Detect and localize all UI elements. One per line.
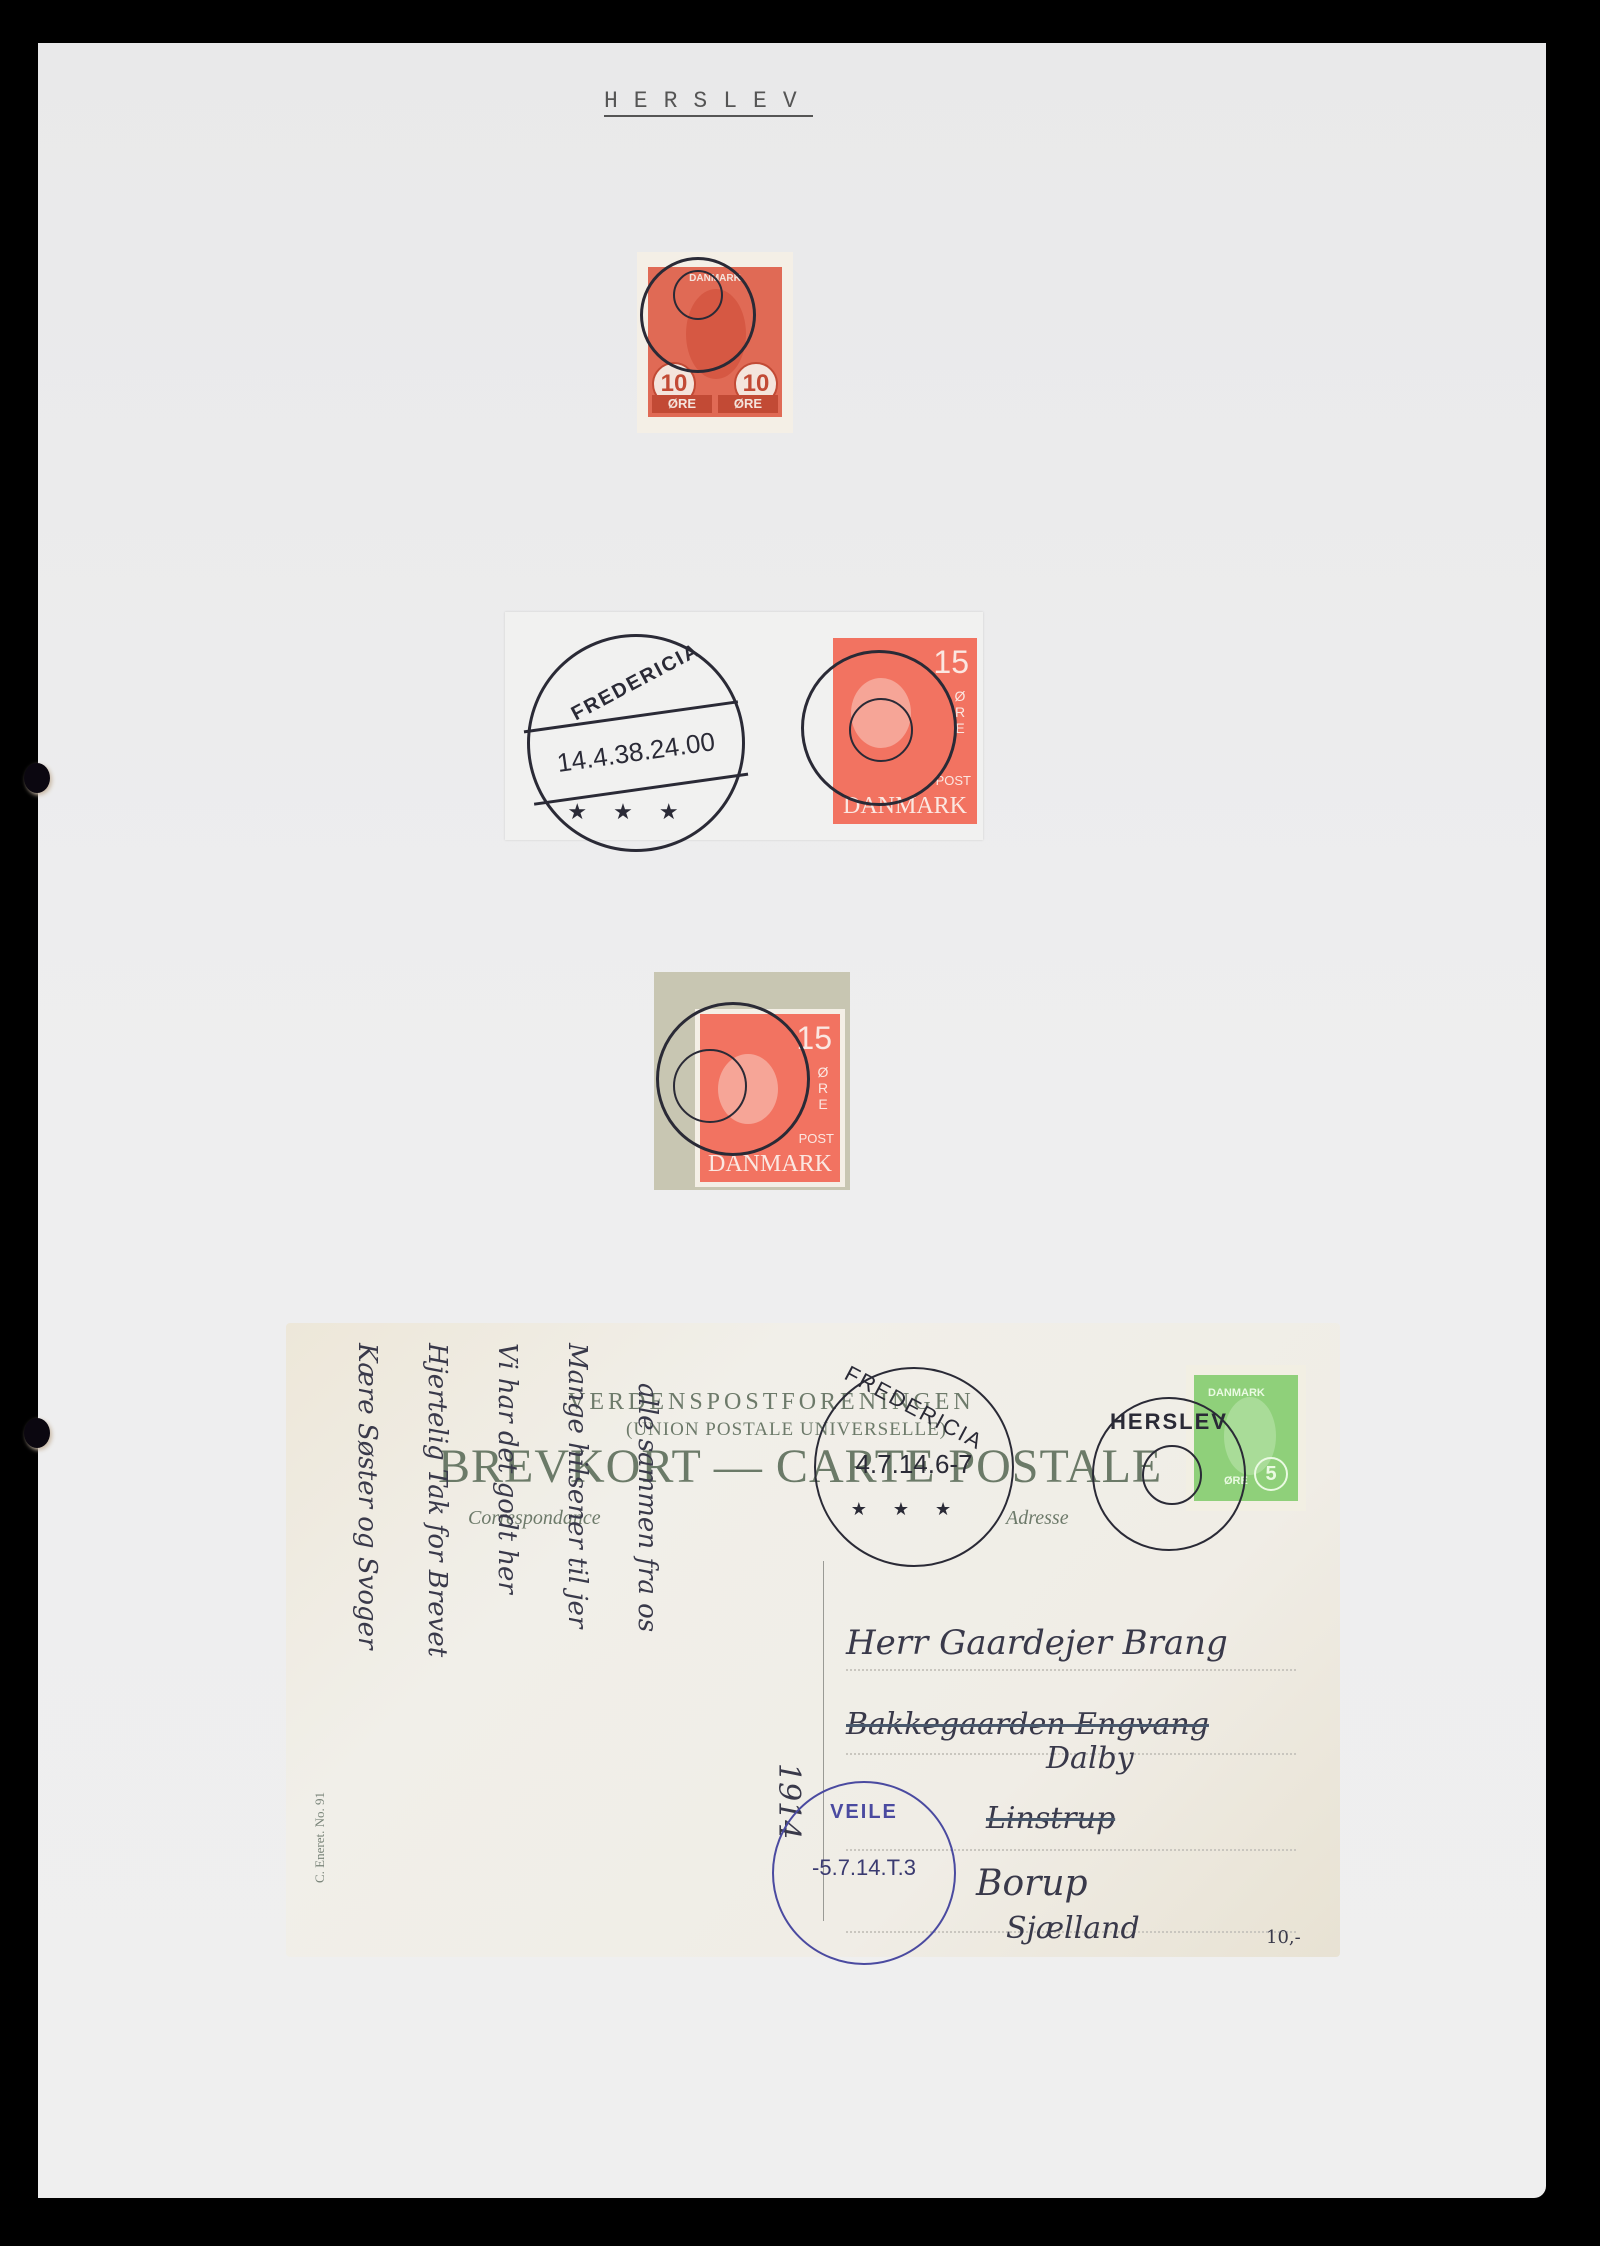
address-line: Herr Gaardejer Brang <box>846 1623 1228 1663</box>
fredericia-postmark: FREDERICIA 4.7.14.6-7 ★★★ <box>814 1367 1014 1567</box>
address-line: Bakkegaarden Engvang <box>846 1707 1209 1742</box>
address-line: Dalby <box>1046 1741 1134 1776</box>
adresse-label: Adresse <box>1006 1507 1069 1530</box>
herslev-cancel <box>640 257 756 373</box>
page-title: HERSLEV <box>604 88 813 117</box>
address-line: Borup <box>976 1863 1088 1904</box>
price-note: 10,- <box>1266 1927 1301 1948</box>
address-line: Linstrup <box>986 1801 1115 1836</box>
postcard-title: BREVKORT — CARTE POSTALE <box>438 1439 1162 1494</box>
fredericia-piece: FREDERICIA 14.4.38.24.00 ★★★ 15 ØRE POST… <box>505 612 983 840</box>
fredericia-cancel: FREDERICIA 14.4.38.24.00 ★★★ <box>527 634 745 852</box>
herslev-cancel <box>656 1002 810 1156</box>
stamp-10-ore: DANMARK 10 10 ØRE ØRE <box>640 255 790 430</box>
address-line: Sjælland <box>1006 1911 1140 1946</box>
herslev-piece: 15 ØRE POST DANMARK <box>654 972 850 1190</box>
postcard: VERDENSPOSTFORENINGEN (UNION POSTALE UNI… <box>286 1323 1340 1957</box>
binder-hole <box>24 763 50 793</box>
veile-postmark: VEILE -5.7.14.T.3 <box>772 1781 956 1965</box>
binder-hole <box>24 1418 50 1448</box>
herslev-cancel <box>801 650 957 806</box>
publisher-imprint: C. Eneret. No. 91 <box>312 1792 328 1883</box>
herslev-postmark: HERSLEV <box>1092 1397 1246 1551</box>
